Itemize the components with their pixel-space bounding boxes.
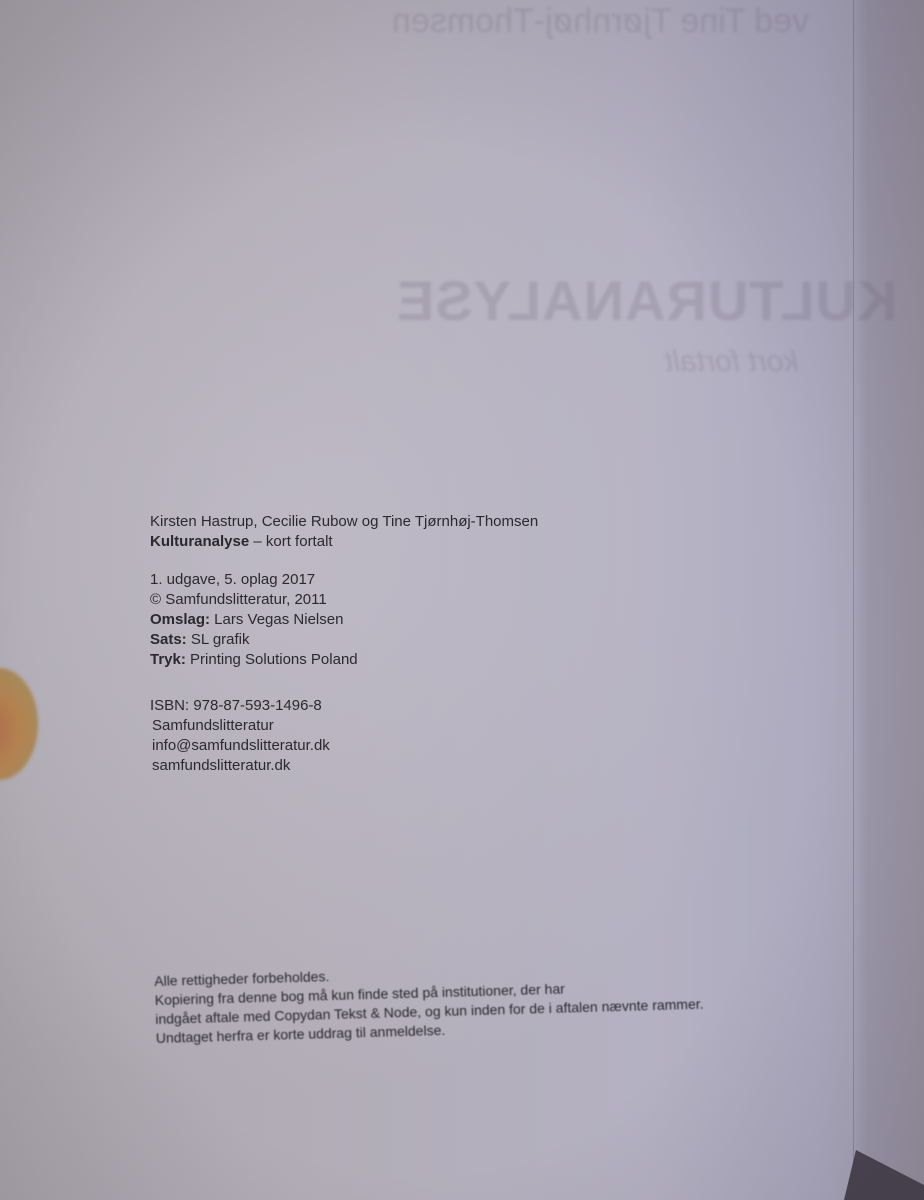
showthrough-author: ved Tine Tjørnhøj-Thomsen [392,2,809,41]
showthrough-subtitle: kort fortalt [665,345,798,379]
credit-label: Tryk: [150,651,186,668]
authors-line: Kirsten Hastrup, Cecilie Rubow og Tine T… [150,512,538,532]
credit-value: Printing Solutions Poland [186,651,358,668]
publisher-name: Samfundslitteratur [152,716,538,736]
showthrough-title: KULTURANALYSE [396,268,897,333]
credit-value: SL grafik [187,631,250,648]
credit-label: Sats: [150,631,187,648]
publisher-website: samfundslitteratur.dk [152,756,538,776]
credit-print: Tryk: Printing Solutions Poland [150,650,538,670]
credits: Omslag: Lars Vegas Nielsen Sats: SL graf… [150,610,538,670]
book-subtitle: – kort fortalt [249,533,332,550]
page-edge [853,0,924,1200]
publisher-contact: Samfundslitteratur info@samfundslitterat… [152,716,538,776]
credit-cover: Omslag: Lars Vegas Nielsen [150,610,538,630]
rights-notice: Alle rettigheder forbeholdes. Kopiering … [154,957,704,1048]
colophon: Kirsten Hastrup, Cecilie Rubow og Tine T… [150,512,538,776]
publisher-email: info@samfundslitteratur.dk [152,736,538,756]
title-line: Kulturanalyse – kort fortalt [150,532,538,552]
copyright-line: © Samfundslitteratur, 2011 [150,590,538,610]
credit-value: Lars Vegas Nielsen [210,611,343,628]
edition-line: 1. udgave, 5. oplag 2017 [150,570,538,590]
isbn-line: ISBN: 978-87-593-1496-8 [150,696,538,716]
book-title: Kulturanalyse [150,533,249,550]
credit-typesetting: Sats: SL grafik [150,630,538,650]
credit-label: Omslag: [150,611,210,628]
